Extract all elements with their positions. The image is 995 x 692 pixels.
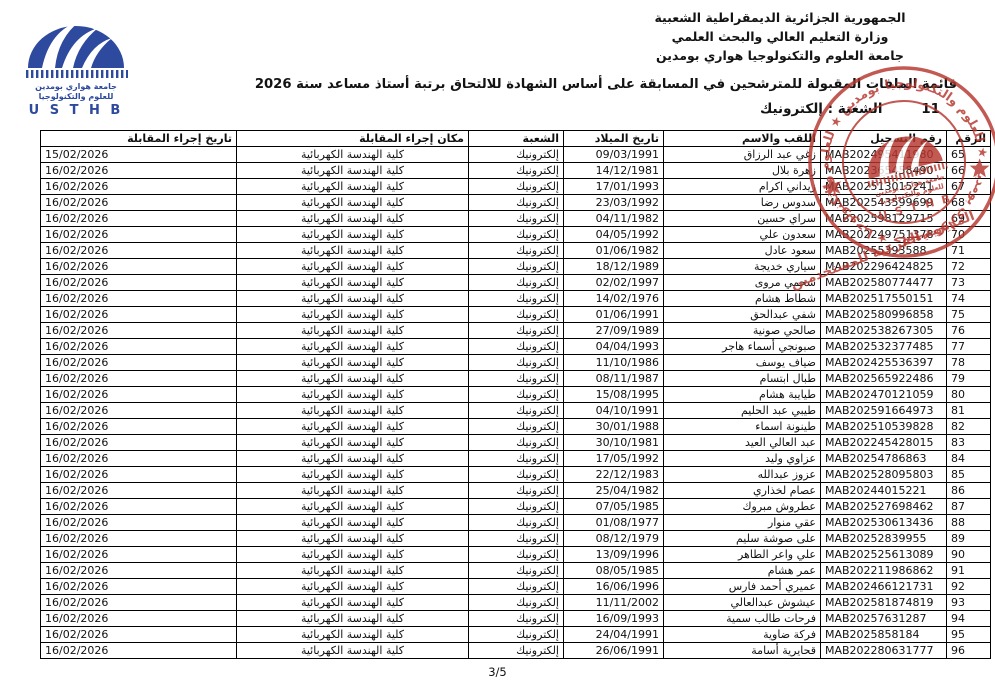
cell-branch: إلكترونيك: [469, 243, 564, 259]
cell-number: 70: [947, 227, 991, 243]
cell-number: 95: [947, 627, 991, 643]
cell-branch: إلكترونيك: [469, 163, 564, 179]
cell-registration: MAB202425536397: [821, 355, 947, 371]
gov-header-line3: جامعة العلوم والتكنولوجيا هواري بومدين: [565, 46, 995, 65]
cell-number: 79: [947, 371, 991, 387]
cell-name: صبونجي أسماء هاجر: [664, 339, 821, 355]
cell-name: زيداني اكرام: [664, 179, 821, 195]
cell-interview-date: 16/02/2026: [41, 403, 237, 419]
cell-birthdate: 30/01/1988: [564, 419, 664, 435]
cell-name: ضياف يوسف: [664, 355, 821, 371]
cell-branch: إلكترونيك: [469, 323, 564, 339]
cell-birthdate: 08/11/1987: [564, 371, 664, 387]
cell-branch: إلكترونيك: [469, 291, 564, 307]
cell-name: سياري خديجة: [664, 259, 821, 275]
cell-registration: MAB202495411980: [821, 147, 947, 163]
cell-branch: إلكترونيك: [469, 627, 564, 643]
cell-registration: MAB202517550151: [821, 291, 947, 307]
logo-arabic-line1: جامعة هواري بومدين: [35, 82, 117, 91]
cell-name: قحايرية أسامة: [664, 643, 821, 659]
cell-registration: MAB202525613089: [821, 547, 947, 563]
cell-name: عقي منوار: [664, 515, 821, 531]
cell-interview-date: 16/02/2026: [41, 291, 237, 307]
cell-registration: MAB202591664973: [821, 403, 947, 419]
cell-interview-date: 16/02/2026: [41, 211, 237, 227]
header-registration: رقم التسجيل: [821, 131, 947, 147]
cell-interview-date: 16/02/2026: [41, 227, 237, 243]
cell-number: 75: [947, 307, 991, 323]
cell-name: عزوز عبدالله: [664, 467, 821, 483]
cell-birthdate: 17/05/1992: [564, 451, 664, 467]
cell-registration: MAB202470121059: [821, 387, 947, 403]
cell-birthdate: 17/01/1993: [564, 179, 664, 195]
cell-branch: إلكترونيك: [469, 403, 564, 419]
logo-arabic-line2: للعلوم والتكنولوجيا: [39, 92, 114, 101]
cell-interview-place: كلية الهندسة الكهربائية: [237, 179, 469, 195]
cell-branch: إلكترونيك: [469, 371, 564, 387]
cell-number: 72: [947, 259, 991, 275]
table-row: 93 MAB202581874819 عيشوش عبدالعالي 11/11…: [41, 595, 991, 611]
header-interview-place: مكان إجراء المقابلة: [237, 131, 469, 147]
cell-birthdate: 23/03/1992: [564, 195, 664, 211]
cell-birthdate: 15/08/1995: [564, 387, 664, 403]
cell-registration: MAB202530613436: [821, 515, 947, 531]
cell-name: على صوشة سليم: [664, 531, 821, 547]
cell-name: شحمي مروى: [664, 275, 821, 291]
cell-branch: إلكترونيك: [469, 643, 564, 659]
table-row: 86 MAB20244015221 عصام لخذاري 25/04/1982…: [41, 483, 991, 499]
cell-interview-date: 16/02/2026: [41, 547, 237, 563]
table-row: 80 MAB202470121059 طيايبة هشام 15/08/199…: [41, 387, 991, 403]
cell-interview-date: 16/02/2026: [41, 483, 237, 499]
cell-interview-date: 16/02/2026: [41, 579, 237, 595]
cell-branch: إلكترونيك: [469, 387, 564, 403]
table-row: 89 MAB20252839955 على صوشة سليم 08/12/19…: [41, 531, 991, 547]
cell-birthdate: 16/06/1996: [564, 579, 664, 595]
cell-birthdate: 22/12/1983: [564, 467, 664, 483]
cell-registration: MAB202565922486: [821, 371, 947, 387]
cell-interview-place: كلية الهندسة الكهربائية: [237, 531, 469, 547]
cell-name: عمر هشام: [664, 563, 821, 579]
cell-interview-place: كلية الهندسة الكهربائية: [237, 371, 469, 387]
cell-number: 77: [947, 339, 991, 355]
table-row: 95 MAB2025858184 فركة ضاوية 24/04/1991 إ…: [41, 627, 991, 643]
cell-number: 74: [947, 291, 991, 307]
cell-interview-date: 16/02/2026: [41, 563, 237, 579]
cell-number: 76: [947, 323, 991, 339]
gov-header-line2: وزارة التعليم العالي والبحث العلمي: [565, 27, 995, 46]
cell-registration: MAB202510539828: [821, 419, 947, 435]
cell-birthdate: 25/04/1982: [564, 483, 664, 499]
table-row: 81 MAB202591664973 طيبي عبد الحليم 04/10…: [41, 403, 991, 419]
cell-birthdate: 04/04/1993: [564, 339, 664, 355]
cell-interview-place: كلية الهندسة الكهربائية: [237, 323, 469, 339]
table-row: 79 MAB202565922486 طبال ابتسام 08/11/198…: [41, 371, 991, 387]
cell-interview-date: 16/02/2026: [41, 643, 237, 659]
government-header: الجمهورية الجزائرية الديمقراطية الشعبية …: [565, 8, 995, 65]
table-row: 90 MAB202525613089 علي واعر الطاهر 13/09…: [41, 547, 991, 563]
candidates-table: الرقم رقم التسجيل اللقب والاسم تاريخ الم…: [40, 130, 991, 659]
table-row: 96 MAB202280631777 قحايرية أسامة 26/06/1…: [41, 643, 991, 659]
cell-interview-place: كلية الهندسة الكهربائية: [237, 547, 469, 563]
cell-number: 90: [947, 547, 991, 563]
cell-number: 69: [947, 211, 991, 227]
cell-name: عميري أحمد فارس: [664, 579, 821, 595]
header-number: الرقم: [947, 131, 991, 147]
cell-interview-date: 16/02/2026: [41, 179, 237, 195]
cell-number: 83: [947, 435, 991, 451]
cell-registration: MAB2025858184: [821, 627, 947, 643]
cell-name: طينونة اسماء: [664, 419, 821, 435]
cell-interview-date: 16/02/2026: [41, 387, 237, 403]
table-row: 67 MAB202513015241 زيداني اكرام 17/01/19…: [41, 179, 991, 195]
cell-branch: إلكترونيك: [469, 595, 564, 611]
cell-name: سراي حسين: [664, 211, 821, 227]
cell-name: شفي عبدالحق: [664, 307, 821, 323]
cell-interview-place: كلية الهندسة الكهربائية: [237, 307, 469, 323]
cell-branch: إلكترونيك: [469, 227, 564, 243]
cell-interview-place: كلية الهندسة الكهربائية: [237, 499, 469, 515]
cell-registration: MAB202538267305: [821, 323, 947, 339]
cell-name: سعود عادل: [664, 243, 821, 259]
cell-branch: إلكترونيك: [469, 451, 564, 467]
cell-interview-place: كلية الهندسة الكهربائية: [237, 243, 469, 259]
cell-branch: إلكترونيك: [469, 531, 564, 547]
cell-branch: إلكترونيك: [469, 435, 564, 451]
table-row: 83 MAB202245428015 عبد العالي العيد 30/1…: [41, 435, 991, 451]
table-header-row: الرقم رقم التسجيل اللقب والاسم تاريخ الم…: [41, 131, 991, 147]
document-title: قائمة الملفات المقبولة للمترشحين في المس…: [225, 77, 987, 92]
table-row: 65 MAB202495411980 زغي عبد الرزاق 09/03/…: [41, 147, 991, 163]
cell-name: طبال ابتسام: [664, 371, 821, 387]
cell-interview-date: 16/02/2026: [41, 595, 237, 611]
cell-birthdate: 08/12/1979: [564, 531, 664, 547]
cell-number: 80: [947, 387, 991, 403]
cell-interview-place: كلية الهندسة الكهربائية: [237, 451, 469, 467]
cell-interview-place: كلية الهندسة الكهربائية: [237, 563, 469, 579]
cell-registration: MAB202581874819: [821, 595, 947, 611]
cell-interview-place: كلية الهندسة الكهربائية: [237, 291, 469, 307]
cell-birthdate: 01/06/1991: [564, 307, 664, 323]
cell-interview-date: 16/02/2026: [41, 163, 237, 179]
cell-name: فرحات طالب سمية: [664, 611, 821, 627]
table-row: 82 MAB202510539828 طينونة اسماء 30/01/19…: [41, 419, 991, 435]
cell-name: طيايبة هشام: [664, 387, 821, 403]
table-row: 74 MAB202517550151 شطاط هشام 14/02/1976 …: [41, 291, 991, 307]
table-row: 70 MAB202249751378 سعدون علي 04/05/1992 …: [41, 227, 991, 243]
cell-interview-date: 16/02/2026: [41, 339, 237, 355]
cell-birthdate: 01/08/1977: [564, 515, 664, 531]
cell-branch: إلكترونيك: [469, 355, 564, 371]
cell-branch: إلكترونيك: [469, 211, 564, 227]
cell-name: عطروش مبروك: [664, 499, 821, 515]
cell-registration: MAB202513015241: [821, 179, 947, 195]
cell-birthdate: 11/10/1986: [564, 355, 664, 371]
cell-interview-place: كلية الهندسة الكهربائية: [237, 627, 469, 643]
cell-registration: MAB20255393588: [821, 243, 947, 259]
table-row: 73 MAB202580774477 شحمي مروى 02/02/1997 …: [41, 275, 991, 291]
cell-name: عيشوش عبدالعالي: [664, 595, 821, 611]
table-row: 71 MAB20255393588 سعود عادل 01/06/1982 إ…: [41, 243, 991, 259]
cell-number: 96: [947, 643, 991, 659]
cell-branch: إلكترونيك: [469, 563, 564, 579]
cell-interview-date: 16/02/2026: [41, 467, 237, 483]
logo-acronym: U S T H B: [29, 103, 124, 118]
cell-interview-date: 16/02/2026: [41, 499, 237, 515]
cell-birthdate: 26/06/1991: [564, 643, 664, 659]
table-row: 66 MAB202365458490 زهرة بلال 14/12/1981 …: [41, 163, 991, 179]
cell-registration: MAB202280631777: [821, 643, 947, 659]
table-row: 69 MAB202598129715 سراي حسين 04/11/1982 …: [41, 211, 991, 227]
cell-name: شطاط هشام: [664, 291, 821, 307]
table-row: 78 MAB202425536397 ضياف يوسف 11/10/1986 …: [41, 355, 991, 371]
cell-name: عبد العالي العيد: [664, 435, 821, 451]
cell-number: 84: [947, 451, 991, 467]
table-row: 68 MAB202543599699 سدوس رضا 23/03/1992 إ…: [41, 195, 991, 211]
cell-name: طيبي عبد الحليم: [664, 403, 821, 419]
cell-interview-date: 16/02/2026: [41, 307, 237, 323]
cell-number: 82: [947, 419, 991, 435]
cell-number: 71: [947, 243, 991, 259]
cell-birthdate: 16/09/1993: [564, 611, 664, 627]
cell-interview-place: كلية الهندسة الكهربائية: [237, 275, 469, 291]
cell-number: 66: [947, 163, 991, 179]
cell-number: 88: [947, 515, 991, 531]
cell-name: فركة ضاوية: [664, 627, 821, 643]
table-row: 85 MAB202528095803 عزوز عبدالله 22/12/19…: [41, 467, 991, 483]
cell-interview-place: كلية الهندسة الكهربائية: [237, 483, 469, 499]
cell-branch: إلكترونيك: [469, 611, 564, 627]
cell-interview-place: كلية الهندسة الكهربائية: [237, 163, 469, 179]
cell-name: صالحي صونية: [664, 323, 821, 339]
cell-registration: MAB202249751378: [821, 227, 947, 243]
cell-interview-place: كلية الهندسة الكهربائية: [237, 435, 469, 451]
cell-birthdate: 04/11/1982: [564, 211, 664, 227]
cell-number: 67: [947, 179, 991, 195]
cell-interview-date: 16/02/2026: [41, 355, 237, 371]
table-row: 77 MAB202532377485 صبونجي أسماء هاجر 04/…: [41, 339, 991, 355]
cell-registration: MAB202365458490: [821, 163, 947, 179]
cell-number: 86: [947, 483, 991, 499]
cell-number: 91: [947, 563, 991, 579]
cell-number: 93: [947, 595, 991, 611]
cell-interview-place: كلية الهندسة الكهربائية: [237, 339, 469, 355]
table-row: 91 MAB202211986862 عمر هشام 08/05/1985 إ…: [41, 563, 991, 579]
cell-interview-place: كلية الهندسة الكهربائية: [237, 611, 469, 627]
cell-registration: MAB202466121731: [821, 579, 947, 595]
cell-interview-date: 16/02/2026: [41, 275, 237, 291]
cell-number: 89: [947, 531, 991, 547]
cell-name: زغي عبد الرزاق: [664, 147, 821, 163]
cell-interview-place: كلية الهندسة الكهربائية: [237, 419, 469, 435]
cell-interview-place: كلية الهندسة الكهربائية: [237, 147, 469, 163]
cell-branch: إلكترونيك: [469, 579, 564, 595]
cell-interview-place: كلية الهندسة الكهربائية: [237, 467, 469, 483]
cell-birthdate: 24/04/1991: [564, 627, 664, 643]
cell-branch: إلكترونيك: [469, 179, 564, 195]
table-row: 87 MAB202527698462 عطروش مبروك 07/05/198…: [41, 499, 991, 515]
cell-birthdate: 27/09/1989: [564, 323, 664, 339]
cell-interview-date: 16/02/2026: [41, 515, 237, 531]
cell-interview-date: 16/02/2026: [41, 419, 237, 435]
branch-label: الشعبة : إلكترونيك: [760, 101, 883, 117]
cell-interview-place: كلية الهندسة الكهربائية: [237, 355, 469, 371]
cell-registration: MAB20252839955: [821, 531, 947, 547]
cell-interview-date: 16/02/2026: [41, 371, 237, 387]
cell-branch: إلكترونيك: [469, 259, 564, 275]
gov-header-line1: الجمهورية الجزائرية الديمقراطية الشعبية: [565, 8, 995, 27]
table-body: 65 MAB202495411980 زغي عبد الرزاق 09/03/…: [41, 147, 991, 659]
cell-branch: إلكترونيك: [469, 307, 564, 323]
cell-name: عزاوي وليد: [664, 451, 821, 467]
cell-registration: MAB202296424825: [821, 259, 947, 275]
cell-interview-date: 16/02/2026: [41, 611, 237, 627]
table-row: 72 MAB202296424825 سياري خديجة 18/12/198…: [41, 259, 991, 275]
cell-birthdate: 30/10/1981: [564, 435, 664, 451]
cell-birthdate: 09/03/1991: [564, 147, 664, 163]
cell-interview-place: كلية الهندسة الكهربائية: [237, 579, 469, 595]
cell-registration: MAB202598129715: [821, 211, 947, 227]
usthb-logo-icon: جامعة هواري بومدين للعلوم والتكنولوجيا U…: [16, 6, 136, 118]
cell-interview-place: كلية الهندسة الكهربائية: [237, 643, 469, 659]
cell-interview-date: 15/02/2026: [41, 147, 237, 163]
cell-interview-date: 16/02/2026: [41, 259, 237, 275]
cell-branch: إلكترونيك: [469, 547, 564, 563]
header-interview-date: تاريخ إجراء المقابلة: [41, 131, 237, 147]
cell-registration: MAB20254786863: [821, 451, 947, 467]
cell-registration: MAB202580996858: [821, 307, 947, 323]
cell-birthdate: 14/12/1981: [564, 163, 664, 179]
table-row: 88 MAB202530613436 عقي منوار 01/08/1977 …: [41, 515, 991, 531]
cell-registration: MAB202211986862: [821, 563, 947, 579]
table-row: 75 MAB202580996858 شفي عبدالحق 01/06/199…: [41, 307, 991, 323]
cell-number: 78: [947, 355, 991, 371]
cell-birthdate: 11/11/2002: [564, 595, 664, 611]
document-page: جامعة هواري بومدين للعلوم والتكنولوجيا U…: [0, 0, 995, 692]
cell-interview-place: كلية الهندسة الكهربائية: [237, 403, 469, 419]
cell-registration: MAB202532377485: [821, 339, 947, 355]
cell-interview-place: كلية الهندسة الكهربائية: [237, 227, 469, 243]
cell-branch: إلكترونيك: [469, 419, 564, 435]
cell-interview-date: 16/02/2026: [41, 451, 237, 467]
cell-interview-date: 16/02/2026: [41, 323, 237, 339]
table-row: 76 MAB202538267305 صالحي صونية 27/09/198…: [41, 323, 991, 339]
table-row: 94 MAB20257631287 فرحات طالب سمية 16/09/…: [41, 611, 991, 627]
cell-registration: MAB202527698462: [821, 499, 947, 515]
cell-branch: إلكترونيك: [469, 275, 564, 291]
cell-interview-place: كلية الهندسة الكهربائية: [237, 211, 469, 227]
cell-number: 94: [947, 611, 991, 627]
cell-branch: إلكترونيك: [469, 147, 564, 163]
cell-name: عصام لخذاري: [664, 483, 821, 499]
cell-name: سعدون علي: [664, 227, 821, 243]
cell-birthdate: 13/09/1996: [564, 547, 664, 563]
cell-interview-place: كلية الهندسة الكهربائية: [237, 259, 469, 275]
page-indicator: 3/5: [0, 665, 995, 679]
cell-number: 81: [947, 403, 991, 419]
cell-interview-date: 16/02/2026: [41, 531, 237, 547]
cell-number: 68: [947, 195, 991, 211]
cell-interview-place: كلية الهندسة الكهربائية: [237, 515, 469, 531]
cell-registration: MAB20257631287: [821, 611, 947, 627]
cell-number: 65: [947, 147, 991, 163]
cell-registration: MAB202245428015: [821, 435, 947, 451]
cell-interview-date: 16/02/2026: [41, 195, 237, 211]
branch-number: 11: [921, 101, 940, 117]
cell-number: 87: [947, 499, 991, 515]
cell-interview-date: 16/02/2026: [41, 627, 237, 643]
cell-name: زهرة بلال: [664, 163, 821, 179]
branch-line: 11 الشعبة : إلكترونيك: [760, 101, 940, 117]
cell-registration: MAB202528095803: [821, 467, 947, 483]
cell-branch: إلكترونيك: [469, 467, 564, 483]
cell-birthdate: 14/02/1976: [564, 291, 664, 307]
cell-birthdate: 08/05/1985: [564, 563, 664, 579]
cell-interview-place: كلية الهندسة الكهربائية: [237, 595, 469, 611]
cell-birthdate: 07/05/1985: [564, 499, 664, 515]
cell-branch: إلكترونيك: [469, 195, 564, 211]
cell-number: 92: [947, 579, 991, 595]
cell-birthdate: 18/12/1989: [564, 259, 664, 275]
table-row: 92 MAB202466121731 عميري أحمد فارس 16/06…: [41, 579, 991, 595]
cell-registration: MAB202580774477: [821, 275, 947, 291]
cell-birthdate: 04/05/1992: [564, 227, 664, 243]
candidates-table-wrap: الرقم رقم التسجيل اللقب والاسم تاريخ الم…: [40, 130, 990, 659]
cell-branch: إلكترونيك: [469, 339, 564, 355]
header-branch: الشعبة: [469, 131, 564, 147]
table-row: 84 MAB20254786863 عزاوي وليد 17/05/1992 …: [41, 451, 991, 467]
cell-registration: MAB202543599699: [821, 195, 947, 211]
cell-name: علي واعر الطاهر: [664, 547, 821, 563]
cell-interview-place: كلية الهندسة الكهربائية: [237, 195, 469, 211]
header-name: اللقب والاسم: [664, 131, 821, 147]
cell-registration: MAB20244015221: [821, 483, 947, 499]
cell-number: 85: [947, 467, 991, 483]
cell-branch: إلكترونيك: [469, 515, 564, 531]
header-birthdate: تاريخ الميلاد: [564, 131, 664, 147]
cell-birthdate: 01/06/1982: [564, 243, 664, 259]
cell-branch: إلكترونيك: [469, 483, 564, 499]
cell-branch: إلكترونيك: [469, 499, 564, 515]
cell-number: 73: [947, 275, 991, 291]
cell-birthdate: 02/02/1997: [564, 275, 664, 291]
cell-interview-date: 16/02/2026: [41, 243, 237, 259]
cell-interview-date: 16/02/2026: [41, 435, 237, 451]
cell-interview-place: كلية الهندسة الكهربائية: [237, 387, 469, 403]
cell-name: سدوس رضا: [664, 195, 821, 211]
cell-birthdate: 04/10/1991: [564, 403, 664, 419]
